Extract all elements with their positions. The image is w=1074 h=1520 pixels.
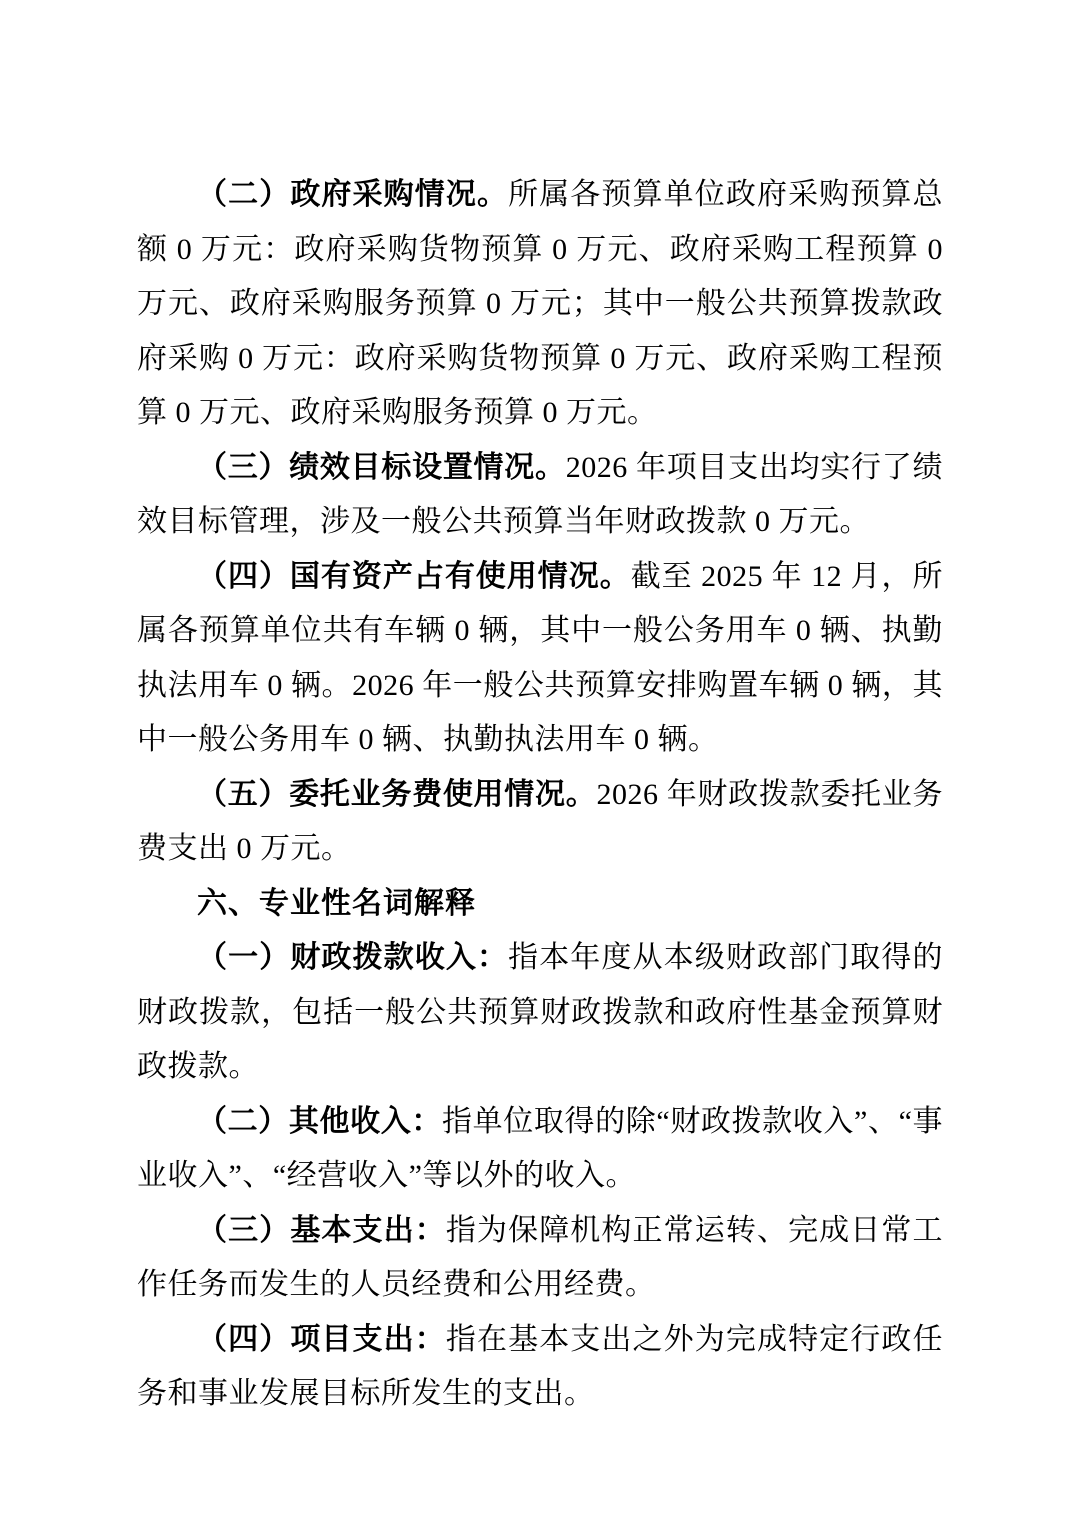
section-heading-terminology: 六、专业性名词解释	[137, 877, 943, 932]
document-page: （二）政府采购情况。所属各预算单位政府采购预算总额 0 万元：政府采购货物预算 …	[0, 0, 1074, 1520]
paragraph-lead: （三）基本支出：	[197, 1214, 446, 1247]
paragraph-body: 所属各预算单位政府采购预算总额 0 万元：政府采购货物预算 0 万元、政府采购工…	[137, 178, 943, 429]
paragraph-lead: （二）政府采购情况。	[197, 178, 508, 211]
paragraph-government-procurement: （二）政府采购情况。所属各预算单位政府采购预算总额 0 万元：政府采购货物预算 …	[137, 168, 943, 441]
paragraph-term-fiscal-appropriation-income: （一）财政拨款收入：指本年度从本级财政部门取得的财政拨款，包括一般公共预算财政拨…	[137, 931, 943, 1095]
paragraph-lead: （四）项目支出：	[197, 1323, 446, 1356]
paragraph-term-basic-expenditure: （三）基本支出：指为保障机构正常运转、完成日常工作任务而发生的人员经费和公用经费…	[137, 1204, 943, 1313]
document-content: （二）政府采购情况。所属各预算单位政府采购预算总额 0 万元：政府采购货物预算 …	[137, 168, 943, 1422]
paragraph-lead: （二）其他收入：	[197, 1105, 442, 1138]
paragraph-lead: （五）委托业务费使用情况。	[197, 778, 596, 811]
paragraph-performance-targets: （三）绩效目标设置情况。2026 年项目支出均实行了绩效目标管理，涉及一般公共预…	[137, 441, 943, 550]
paragraph-lead: （三）绩效目标设置情况。	[197, 451, 566, 484]
paragraph-lead: （四）国有资产占有使用情况。	[197, 560, 631, 593]
paragraph-term-other-income: （二）其他收入：指单位取得的除“财政拨款收入”、“事业收入”、“经营收入”等以外…	[137, 1095, 943, 1204]
paragraph-term-project-expenditure: （四）项目支出：指在基本支出之外为完成特定行政任务和事业发展目标所发生的支出。	[137, 1313, 943, 1422]
paragraph-state-assets: （四）国有资产占有使用情况。截至 2025 年 12 月，所属各预算单位共有车辆…	[137, 550, 943, 768]
paragraph-lead: （一）财政拨款收入：	[197, 941, 508, 974]
paragraph-entrusted-business-fees: （五）委托业务费使用情况。2026 年财政拨款委托业务费支出 0 万元。	[137, 768, 943, 877]
